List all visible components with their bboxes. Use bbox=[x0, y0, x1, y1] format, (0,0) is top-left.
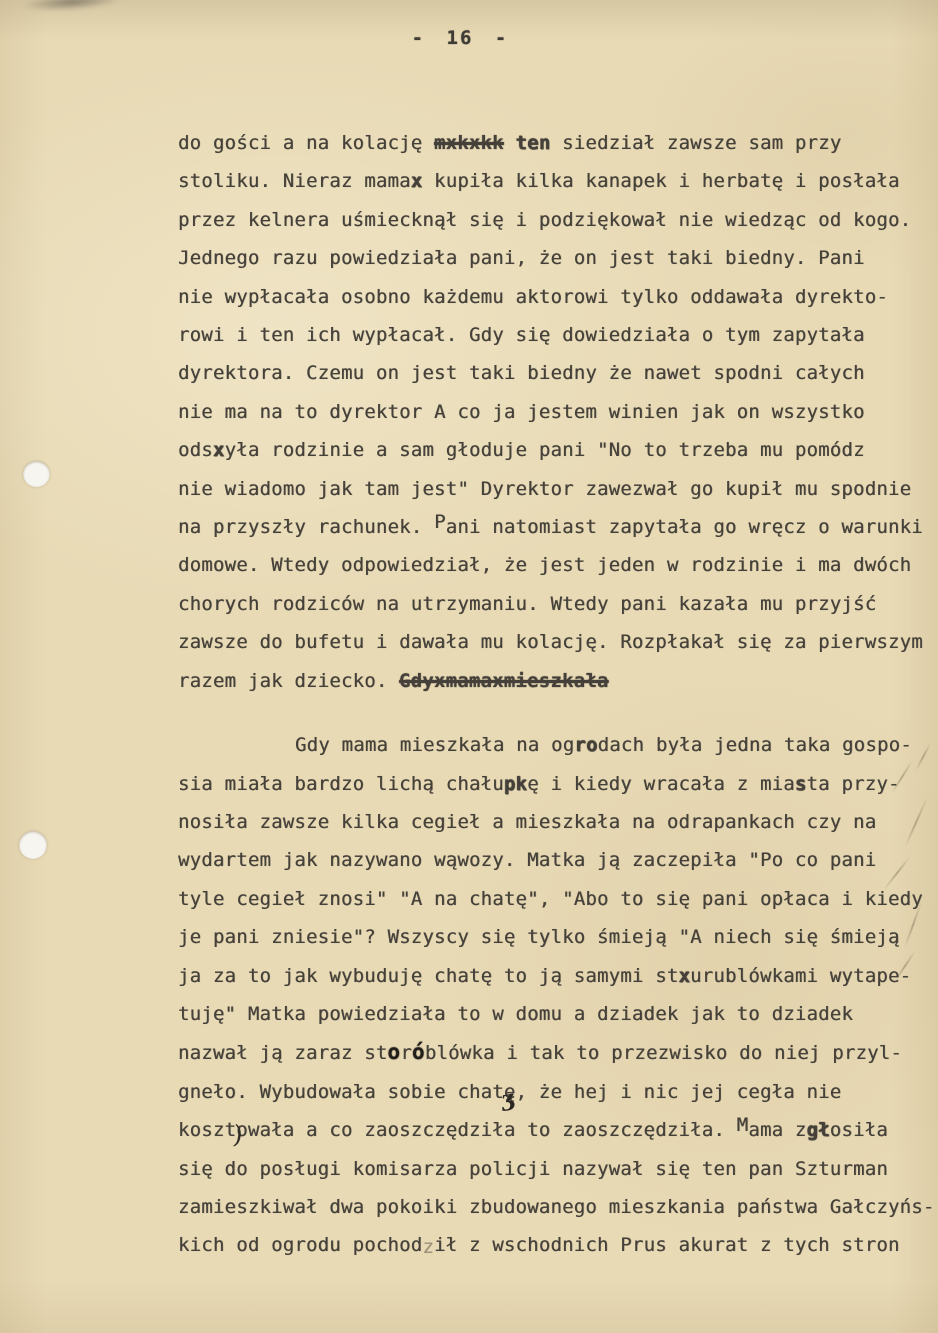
scanned-typewritten-page: - 16 - do gości a na kolację mxkxkk ten … bbox=[0, 0, 938, 1333]
typewritten-text-run: ił z wschodnich Prus akurat z tych stron bbox=[434, 1234, 900, 1256]
text-line: tyle cegieł znosi" "A na chatę", "Abo to… bbox=[178, 880, 923, 918]
paragraph: Gdy mama mieszkała na ogrodach była jedn… bbox=[178, 726, 923, 1265]
scan-smudge-top-left bbox=[22, 0, 123, 13]
overtyped-text: s bbox=[795, 773, 807, 795]
text-line: nazwał ją zaraz storóblówka i tak to prz… bbox=[178, 1033, 923, 1072]
typewritten-text-run: kosztowała a co zaoszczędziła to zaoszcz… bbox=[178, 1119, 737, 1141]
overtyped-text: gł bbox=[807, 1119, 830, 1141]
text-line: odsxyła rodzinie a sam głoduje pani "No … bbox=[178, 431, 923, 469]
typewritten-text-run: nazwał ją zaraz st bbox=[178, 1042, 388, 1064]
typewritten-text-run: ani natomiast zapytała go wręcz o warunk… bbox=[446, 516, 923, 538]
typewritten-text-run: tuję" Matka powiedziała to w domu a dzia… bbox=[178, 1003, 853, 1025]
typewritten-text-run: r bbox=[400, 1042, 412, 1064]
overtyped-text: ro bbox=[574, 734, 597, 756]
typewritten-text-run: je pani zniesie"? Wszyscy się tylko śmie… bbox=[178, 926, 900, 948]
typewritten-text-run: ta przy- bbox=[807, 773, 900, 795]
paragraph: do gości a na kolację mxkxkk ten siedzia… bbox=[178, 124, 923, 700]
text-line: domowe. Wtedy odpowiedział, że jest jede… bbox=[178, 546, 923, 584]
text-line: gneło. Wybudowała sobie chatę, że hej i … bbox=[178, 1073, 923, 1111]
text-line: się do posługi komisarza policji nazywał… bbox=[178, 1150, 923, 1188]
overtyped-text: x bbox=[213, 439, 225, 461]
typewritten-text-run: chorych rodziców na utrzymaniu. Wtedy pa… bbox=[178, 593, 876, 615]
typewritten-text-run: yła rodzinie a sam głoduje pani "No to t… bbox=[225, 439, 865, 461]
typewritten-text-run: domowe. Wtedy odpowiedział, że jest jede… bbox=[178, 554, 911, 576]
handwritten-correction: o bbox=[388, 1040, 401, 1064]
typewritten-text-run: nie wypłacała osobno każdemu aktorowi ty… bbox=[178, 286, 888, 308]
typewritten-text-run: ę i kiedy wracała z mia bbox=[527, 773, 795, 795]
raised-character: M bbox=[737, 1114, 749, 1136]
typewritten-text-run: ama z bbox=[748, 1119, 806, 1141]
typewritten-text-run: dyrektora. Czemu on jest taki biedny że … bbox=[178, 362, 865, 384]
text-line: zamieszkiwał dwa pokoiki zbudowanego mie… bbox=[178, 1188, 923, 1226]
text-line: dyrektora. Czemu on jest taki biedny że … bbox=[178, 354, 923, 392]
text-line: rowi i ten ich wypłacał. Gdy się dowiedz… bbox=[178, 316, 923, 354]
text-line: kich od ogrodu pochodził z wschodnich Pr… bbox=[178, 1226, 923, 1264]
typewritten-text-block: do gości a na kolację mxkxkk ten siedzia… bbox=[178, 124, 923, 1265]
typewritten-text-run: razem jak dziecko. bbox=[178, 670, 399, 692]
handwritten-correction: ó bbox=[412, 1040, 425, 1064]
text-line: do gości a na kolację mxkxkk ten siedzia… bbox=[178, 124, 923, 162]
typewritten-text-run: nie ma na to dyrektor A co ja jestem win… bbox=[178, 401, 865, 423]
text-line: nie ma na to dyrektor A co ja jestem win… bbox=[178, 393, 923, 431]
struck-out-word: Gdyxmamaxmieszkała bbox=[399, 670, 609, 692]
typewritten-text-run: tyle cegieł znosi" "A na chatę", "Abo to… bbox=[178, 888, 923, 910]
typewritten-text-run: rowi i ten ich wypłacał. Gdy się dowiedz… bbox=[178, 324, 865, 346]
typewritten-text-run: ja za to jak wybuduję chatę to ją samymi… bbox=[178, 965, 678, 987]
typewritten-text-run: dach była jedna taka gospo- bbox=[598, 734, 912, 756]
text-line: je pani zniesie"? Wszyscy się tylko śmie… bbox=[178, 918, 923, 956]
typewritten-text-run: Jednego razu powiedziała pani, że on jes… bbox=[178, 247, 865, 269]
text-line: na przyszły rachunek. Pani natomiast zap… bbox=[178, 508, 923, 546]
typewritten-text-run: na przyszły rachunek. bbox=[178, 516, 434, 538]
typewritten-text-run: kupiła kilka kanapek i herbatę i posłała bbox=[422, 170, 899, 192]
typewritten-text-run: urublówkami wytape- bbox=[690, 965, 911, 987]
typewritten-text-run: się do posługi komisarza policji nazywał… bbox=[178, 1158, 888, 1180]
typewritten-text-run: zawsze do bufetu i dawała mu kolację. Ro… bbox=[178, 631, 923, 653]
page-number: - 16 - bbox=[0, 27, 920, 49]
typewritten-text-run: ods bbox=[178, 439, 213, 461]
text-line: przez kelnera uśmiecknął się i podziękow… bbox=[178, 201, 923, 239]
typewritten-text-run: sia miała bardzo lichą chału bbox=[178, 773, 504, 795]
text-line: stoliku. Nieraz mamax kupiła kilka kanap… bbox=[178, 162, 923, 200]
overtyped-text: pk bbox=[504, 773, 527, 795]
text-line: razem jak dziecko. Gdyxmamaxmieszkała bbox=[178, 662, 923, 700]
overtyped-text: x bbox=[411, 170, 423, 192]
overtyped-text: ten bbox=[516, 132, 551, 154]
typewritten-text-run: przez kelnera uśmiecknął się i podziękow… bbox=[178, 209, 911, 231]
struck-out-word: mxkxkk bbox=[434, 132, 504, 154]
faint-character: z bbox=[422, 1236, 434, 1258]
typewritten-text-run: zamieszkiwał dwa pokoiki zbudowanego mie… bbox=[178, 1196, 935, 1218]
text-line: Jednego razu powiedziała pani, że on jes… bbox=[178, 239, 923, 277]
text-line: zawsze do bufetu i dawała mu kolację. Ro… bbox=[178, 623, 923, 661]
text-line: nie wypłacała osobno każdemu aktorowi ty… bbox=[178, 278, 923, 316]
text-line: sia miała bardzo lichą chałupkę i kiedy … bbox=[178, 765, 923, 803]
typewritten-text-run: kich od ogrodu pochod bbox=[178, 1234, 422, 1256]
text-line: ja za to jak wybuduję chatę to ją samymi… bbox=[178, 957, 923, 995]
overtyped-text: x bbox=[678, 965, 690, 987]
typewritten-text-run: blówka i tak to przezwisko do niej przyl… bbox=[425, 1042, 902, 1064]
text-line: Gdy mama mieszkała na ogrodach była jedn… bbox=[178, 726, 923, 764]
text-line: tuję" Matka powiedziała to w domu a dzia… bbox=[178, 995, 923, 1033]
typewritten-text-run: nie wiadomo jak tam jest" Dyrektor zawez… bbox=[178, 478, 911, 500]
typewritten-text-run bbox=[504, 132, 516, 154]
typewritten-text-run: siedział zawsze sam przy bbox=[550, 132, 841, 154]
text-line: nie wiadomo jak tam jest" Dyrektor zawez… bbox=[178, 470, 923, 508]
typewritten-text-run: nosiła zawsze kilka cegieł a mieszkała n… bbox=[178, 811, 876, 833]
text-line: nosiła zawsze kilka cegieł a mieszkała n… bbox=[178, 803, 923, 841]
punch-hole-top bbox=[23, 461, 50, 487]
text-line: chorych rodziców na utrzymaniu. Wtedy pa… bbox=[178, 585, 923, 623]
typewritten-text-run: osiła bbox=[830, 1119, 888, 1141]
text-line: wydartem jak nazywano wąwozy. Matka ją z… bbox=[178, 841, 923, 879]
typewritten-text-run: stoliku. Nieraz mama bbox=[178, 170, 411, 192]
typewritten-text-run: wydartem jak nazywano wąwozy. Matka ją z… bbox=[178, 849, 876, 871]
typewritten-text-run: Gdy mama mieszkała na og bbox=[295, 734, 574, 756]
text-line: kosztowała a co zaoszczędziła to zaoszcz… bbox=[178, 1111, 923, 1149]
typewritten-text-run: do gości a na kolację bbox=[178, 132, 434, 154]
raised-character: P bbox=[434, 511, 446, 533]
punch-hole-bottom bbox=[19, 831, 47, 859]
